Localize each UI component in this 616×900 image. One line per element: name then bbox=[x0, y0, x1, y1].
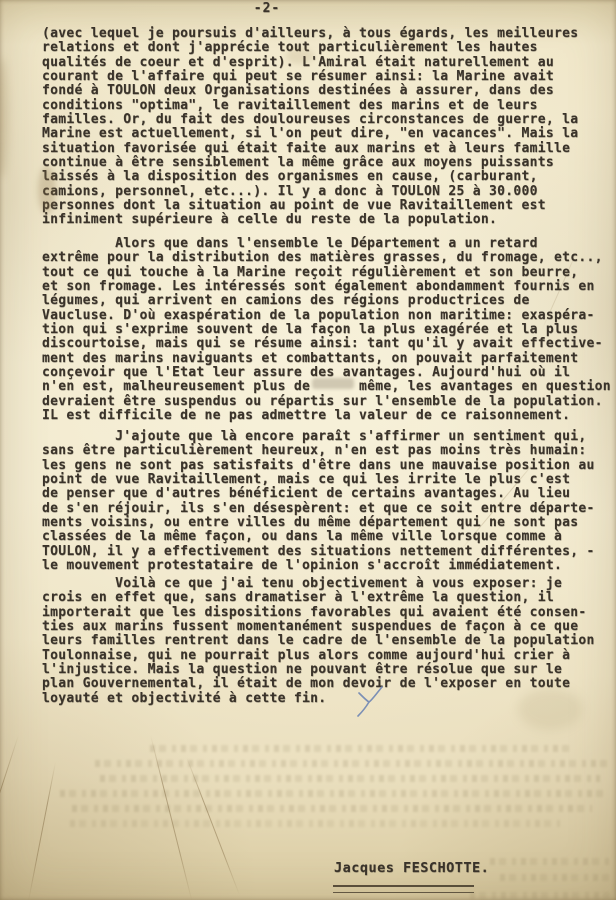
stain bbox=[38, 166, 56, 214]
crease-line bbox=[0, 735, 19, 897]
document-page: -2- (avec lequel je poursuis d'ailleurs,… bbox=[0, 0, 616, 900]
paragraph-2: Alors que dans l'ensemble le Département… bbox=[42, 237, 611, 423]
bleedthrough-text-line bbox=[490, 858, 614, 865]
handwritten-check-icon bbox=[356, 686, 386, 718]
bleedthrough-text-line bbox=[60, 790, 608, 797]
paragraph-3: J'ajoute que là encore paraît s'affirmer… bbox=[42, 430, 595, 573]
signature-name: Jacques FESCHOTTE. bbox=[334, 860, 489, 876]
bleedthrough-text-line bbox=[70, 820, 560, 827]
crease-line bbox=[28, 762, 56, 900]
stain bbox=[0, 58, 8, 178]
bleedthrough-text-line bbox=[500, 874, 612, 881]
bleedthrough-text-line bbox=[95, 760, 610, 767]
bleedthrough-text-line bbox=[72, 805, 592, 812]
bleedthrough-text-line bbox=[150, 745, 570, 752]
bleedthrough-text-line bbox=[470, 892, 610, 899]
erased-word-smudge bbox=[312, 378, 354, 389]
signature-underline bbox=[333, 885, 474, 893]
stain bbox=[518, 688, 582, 730]
bleedthrough-text-line bbox=[100, 775, 600, 782]
stain bbox=[286, 48, 314, 64]
paragraph-4: Voilà ce que j'ai tenu objectivement à v… bbox=[42, 577, 595, 706]
page-number: -2- bbox=[230, 1, 304, 16]
